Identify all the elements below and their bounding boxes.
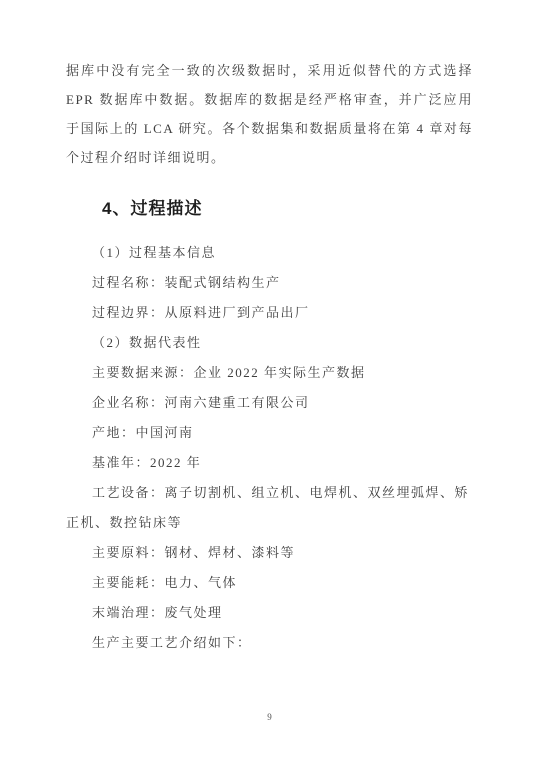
section-heading: 4、过程描述 xyxy=(102,198,473,220)
body-paragraph: 主要原料：钢材、焊材、漆料等 xyxy=(66,538,473,568)
body-paragraph: 过程名称：装配式钢结构生产 xyxy=(66,268,473,298)
body-paragraph: 企业名称：河南六建重工有限公司 xyxy=(66,388,473,418)
body-paragraph: 基准年：2022 年 xyxy=(66,448,473,478)
page-number: 9 xyxy=(267,712,272,722)
section-body: （1）过程基本信息 过程名称：装配式钢结构生产 过程边界：从原料进厂到产品出厂 … xyxy=(66,238,473,658)
body-paragraph: （2）数据代表性 xyxy=(66,328,473,358)
intro-paragraph: 据库中没有完全一致的次级数据时，采用近似替代的方式选择 EPR 数据库中数据。数… xyxy=(66,56,473,172)
body-paragraph: 工艺设备：离子切割机、组立机、电焊机、双丝埋弧焊、矫正机、数控钻床等 xyxy=(66,478,473,538)
body-paragraph: 过程边界：从原料进厂到产品出厂 xyxy=(66,298,473,328)
body-paragraph: 生产主要工艺介绍如下： xyxy=(66,628,473,658)
page-content: 据库中没有完全一致的次级数据时，采用近似替代的方式选择 EPR 数据库中数据。数… xyxy=(0,0,539,658)
body-paragraph: 末端治理：废气处理 xyxy=(66,598,473,628)
body-paragraph: 主要数据来源：企业 2022 年实际生产数据 xyxy=(66,358,473,388)
body-paragraph: 主要能耗：电力、气体 xyxy=(66,568,473,598)
document-page: 据库中没有完全一致的次级数据时，采用近似替代的方式选择 EPR 数据库中数据。数… xyxy=(0,0,539,767)
page-footer: 9 xyxy=(0,707,539,725)
body-paragraph: （1）过程基本信息 xyxy=(66,238,473,268)
body-paragraph: 产地：中国河南 xyxy=(66,418,473,448)
